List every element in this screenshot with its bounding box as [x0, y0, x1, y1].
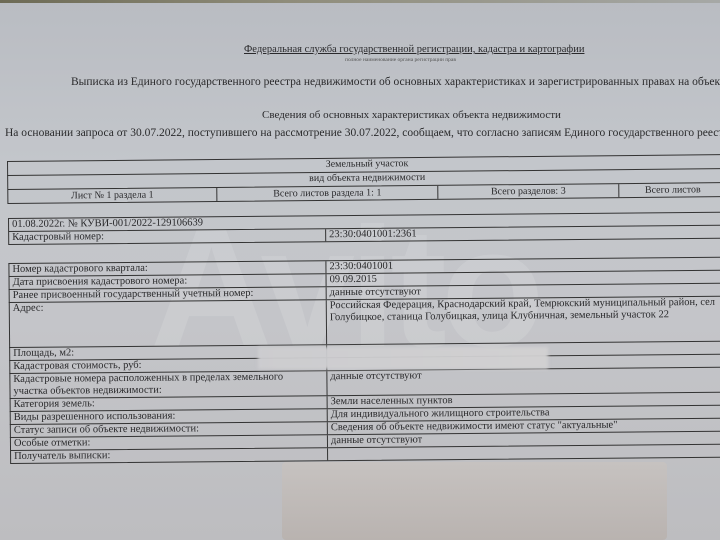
- section-title: Сведения об основных характеристиках объ…: [262, 109, 561, 121]
- row-label: Получатель выписки:: [11, 448, 328, 463]
- row-value: данные отсутствуют: [327, 368, 720, 395]
- sections-total: Всего разделов: 3: [438, 184, 619, 199]
- header-table: Земельный участок вид объекта недвижимос…: [7, 154, 720, 204]
- agency-caption: полное наименование органа регистрации п…: [345, 57, 456, 63]
- registry-extract-page: Avito Федеральная служба государственной…: [0, 0, 720, 540]
- row-label: Кадастровые номера расположенных в преде…: [10, 371, 327, 398]
- redacted-area-value: [258, 347, 548, 369]
- row-value: Российская Федерация, Краснодарский край…: [327, 297, 720, 344]
- row-label: Адрес:: [10, 300, 327, 347]
- redacted-recipient: [282, 462, 667, 540]
- document-title: Выписка из Единого государственного реес…: [71, 76, 720, 88]
- sheet-number: Лист № 1 раздела 1: [8, 188, 217, 203]
- record-date-number: 01.08.2022г. № КУВИ-001/2022-129106639: [9, 217, 203, 231]
- sheets-total: Всего листов: [619, 183, 720, 197]
- agency-name: Федеральная служба государственной регис…: [244, 44, 584, 55]
- row-value: [328, 445, 720, 460]
- characteristics-table: 01.08.2022г. № КУВИ-001/2022-129106639 К…: [8, 212, 720, 464]
- table-row: Адрес:Российская Федерация, Краснодарски…: [9, 296, 720, 347]
- sheets-in-section: Всего листов раздела 1: 1: [217, 186, 438, 201]
- intro-text: На основании запроса от 30.07.2022, пост…: [5, 127, 720, 139]
